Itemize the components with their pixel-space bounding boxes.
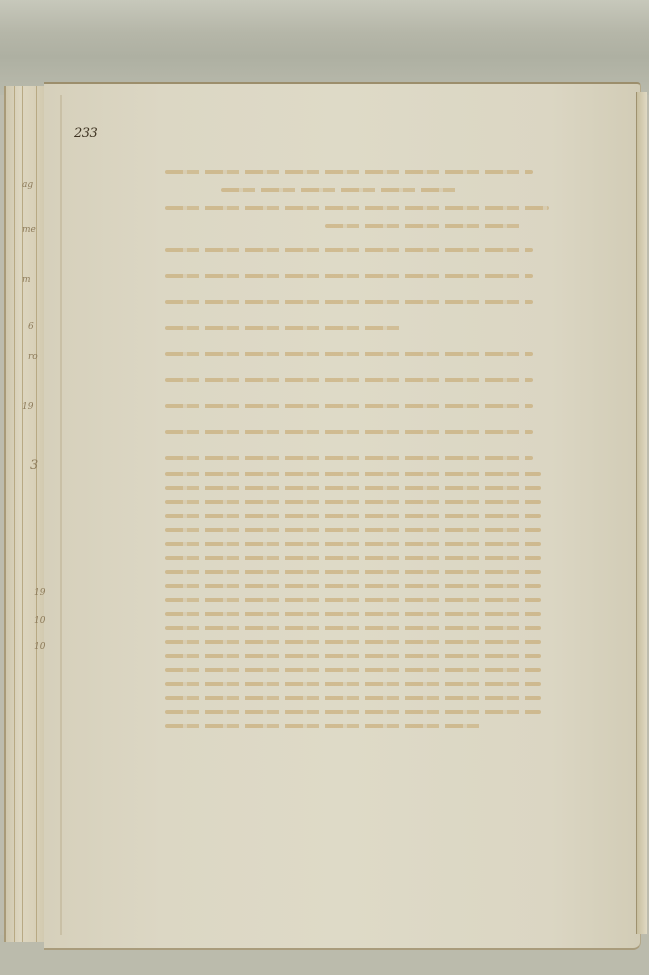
folio-number: 233 (74, 126, 97, 141)
margin-mark: ag (22, 180, 33, 190)
margin-mark: 6 (28, 322, 34, 332)
margin-mark: 10 (34, 616, 45, 626)
margin-mark: me (22, 225, 36, 235)
margin-mark: ro (28, 352, 38, 362)
margin-mark: 3 (30, 458, 38, 473)
bleed-through-text (165, 170, 565, 728)
margin-mark: 19 (22, 402, 33, 412)
page-right-edge (636, 92, 647, 934)
margin-mark: 10 (34, 642, 45, 652)
page-fold (60, 95, 62, 935)
margin-mark: 19 (34, 588, 45, 598)
scan-backdrop-top (0, 0, 649, 95)
margin-mark: m (22, 275, 31, 285)
